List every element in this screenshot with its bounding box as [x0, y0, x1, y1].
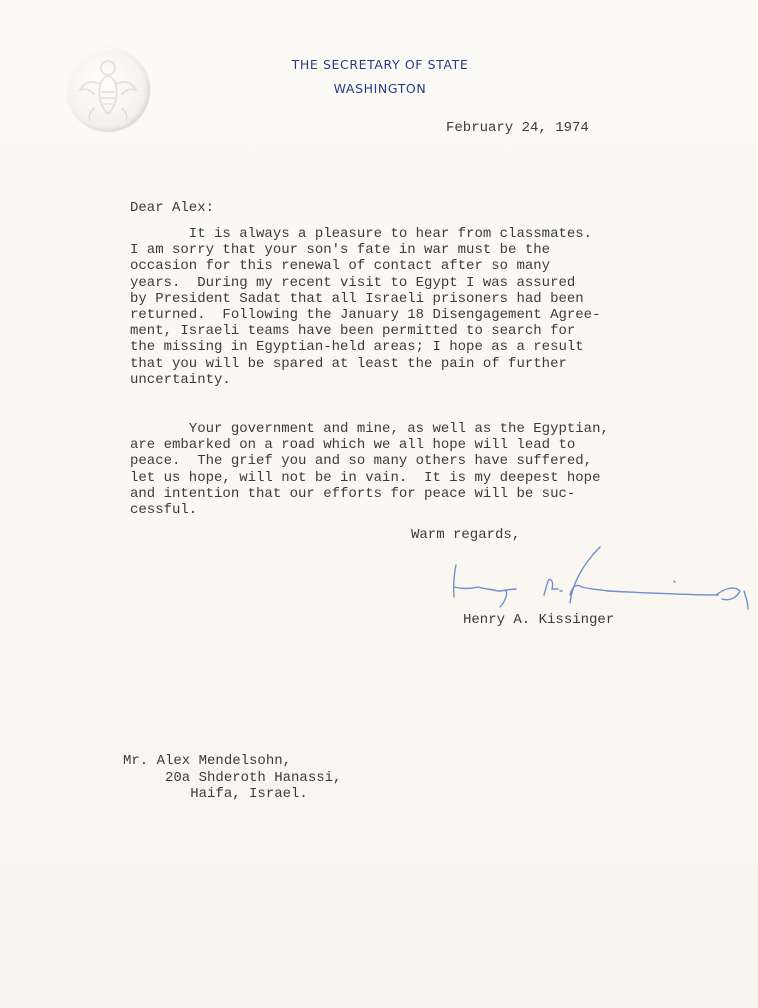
- letter-date: February 24, 1974: [446, 120, 589, 136]
- letterhead-location: WASHINGTON: [260, 81, 500, 96]
- embossed-seal-icon: [66, 48, 150, 132]
- recipient-address: Mr. Alex Mendelsohn, 20a Shderoth Hanass…: [123, 753, 341, 803]
- typed-signature-name: Henry A. Kissinger: [463, 612, 614, 628]
- handwritten-signature-icon: [448, 545, 758, 620]
- letter-page: THE SECRETARY OF STATE WASHINGTON Februa…: [0, 0, 758, 1008]
- letterhead-title: THE SECRETARY OF STATE: [260, 57, 500, 72]
- body-paragraph-1: It is always a pleasure to hear from cla…: [130, 226, 600, 388]
- salutation: Dear Alex:: [130, 200, 214, 216]
- body-paragraph-2: Your government and mine, as well as the…: [130, 421, 609, 518]
- closing: Warm regards,: [411, 527, 520, 543]
